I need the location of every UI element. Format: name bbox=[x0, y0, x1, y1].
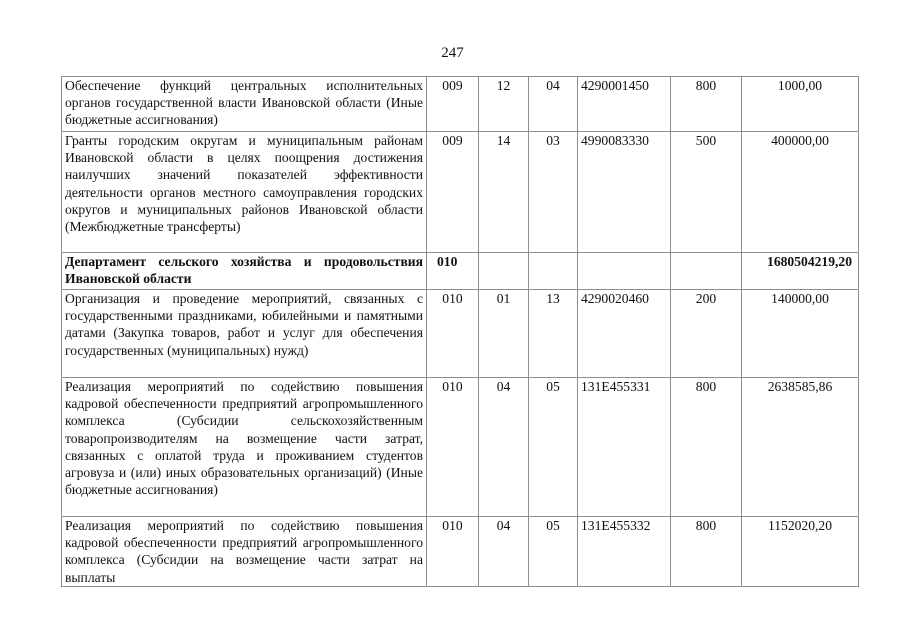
amount: 1000,00 bbox=[742, 77, 859, 132]
ministry-code: 009 bbox=[427, 132, 479, 253]
subsection-code bbox=[529, 253, 578, 290]
expense-type-code: 800 bbox=[671, 77, 742, 132]
table-row: Обеспечение функций центральных исполнит… bbox=[62, 77, 859, 132]
section-code bbox=[479, 253, 529, 290]
ministry-code: 009 bbox=[427, 77, 479, 132]
target-article-code bbox=[578, 253, 671, 290]
table-row: Гранты городским округам и муниципальным… bbox=[62, 132, 859, 253]
ministry-code: 010 bbox=[427, 290, 479, 378]
budget-table: Обеспечение функций центральных исполнит… bbox=[61, 76, 859, 587]
table-row: Реализация мероприятий по содействию пов… bbox=[62, 517, 859, 587]
amount: 2638585,86 bbox=[742, 378, 859, 517]
amount: 140000,00 bbox=[742, 290, 859, 378]
section-code: 12 bbox=[479, 77, 529, 132]
expense-type-code: 800 bbox=[671, 517, 742, 587]
expense-type-code: 800 bbox=[671, 378, 742, 517]
expense-type-code: 500 bbox=[671, 132, 742, 253]
subsection-code: 13 bbox=[529, 290, 578, 378]
target-article-code: 4290001450 bbox=[578, 77, 671, 132]
subsection-code: 05 bbox=[529, 378, 578, 517]
subsection-code: 03 bbox=[529, 132, 578, 253]
section-code: 14 bbox=[479, 132, 529, 253]
target-article-code: 131E455331 bbox=[578, 378, 671, 517]
section-code: 04 bbox=[479, 517, 529, 587]
amount: 400000,00 bbox=[742, 132, 859, 253]
ministry-code: 010 bbox=[427, 517, 479, 587]
table-row-department: Департамент сельского хозяйства и продов… bbox=[62, 253, 859, 290]
row-description: Гранты городским округам и муниципальным… bbox=[62, 132, 427, 253]
row-description: Обеспечение функций центральных исполнит… bbox=[62, 77, 427, 132]
amount: 1152020,20 bbox=[742, 517, 859, 587]
row-description: Реализация мероприятий по содействию пов… bbox=[62, 378, 427, 517]
section-code: 04 bbox=[479, 378, 529, 517]
page-number: 247 bbox=[0, 44, 905, 62]
row-description: Департамент сельского хозяйства и продов… bbox=[62, 253, 427, 290]
expense-type-code bbox=[671, 253, 742, 290]
table-row: Реализация мероприятий по содействию пов… bbox=[62, 378, 859, 517]
table-row: Организация и проведение мероприятий, св… bbox=[62, 290, 859, 378]
subsection-code: 04 bbox=[529, 77, 578, 132]
row-description: Реализация мероприятий по содействию пов… bbox=[62, 517, 427, 587]
subsection-code: 05 bbox=[529, 517, 578, 587]
ministry-code: 010 bbox=[427, 378, 479, 517]
ministry-code: 010 bbox=[427, 253, 479, 290]
amount: 1680504219,20 bbox=[742, 253, 859, 290]
section-code: 01 bbox=[479, 290, 529, 378]
target-article-code: 4290020460 bbox=[578, 290, 671, 378]
target-article-code: 131E455332 bbox=[578, 517, 671, 587]
expense-type-code: 200 bbox=[671, 290, 742, 378]
target-article-code: 4990083330 bbox=[578, 132, 671, 253]
row-description: Организация и проведение мероприятий, св… bbox=[62, 290, 427, 378]
